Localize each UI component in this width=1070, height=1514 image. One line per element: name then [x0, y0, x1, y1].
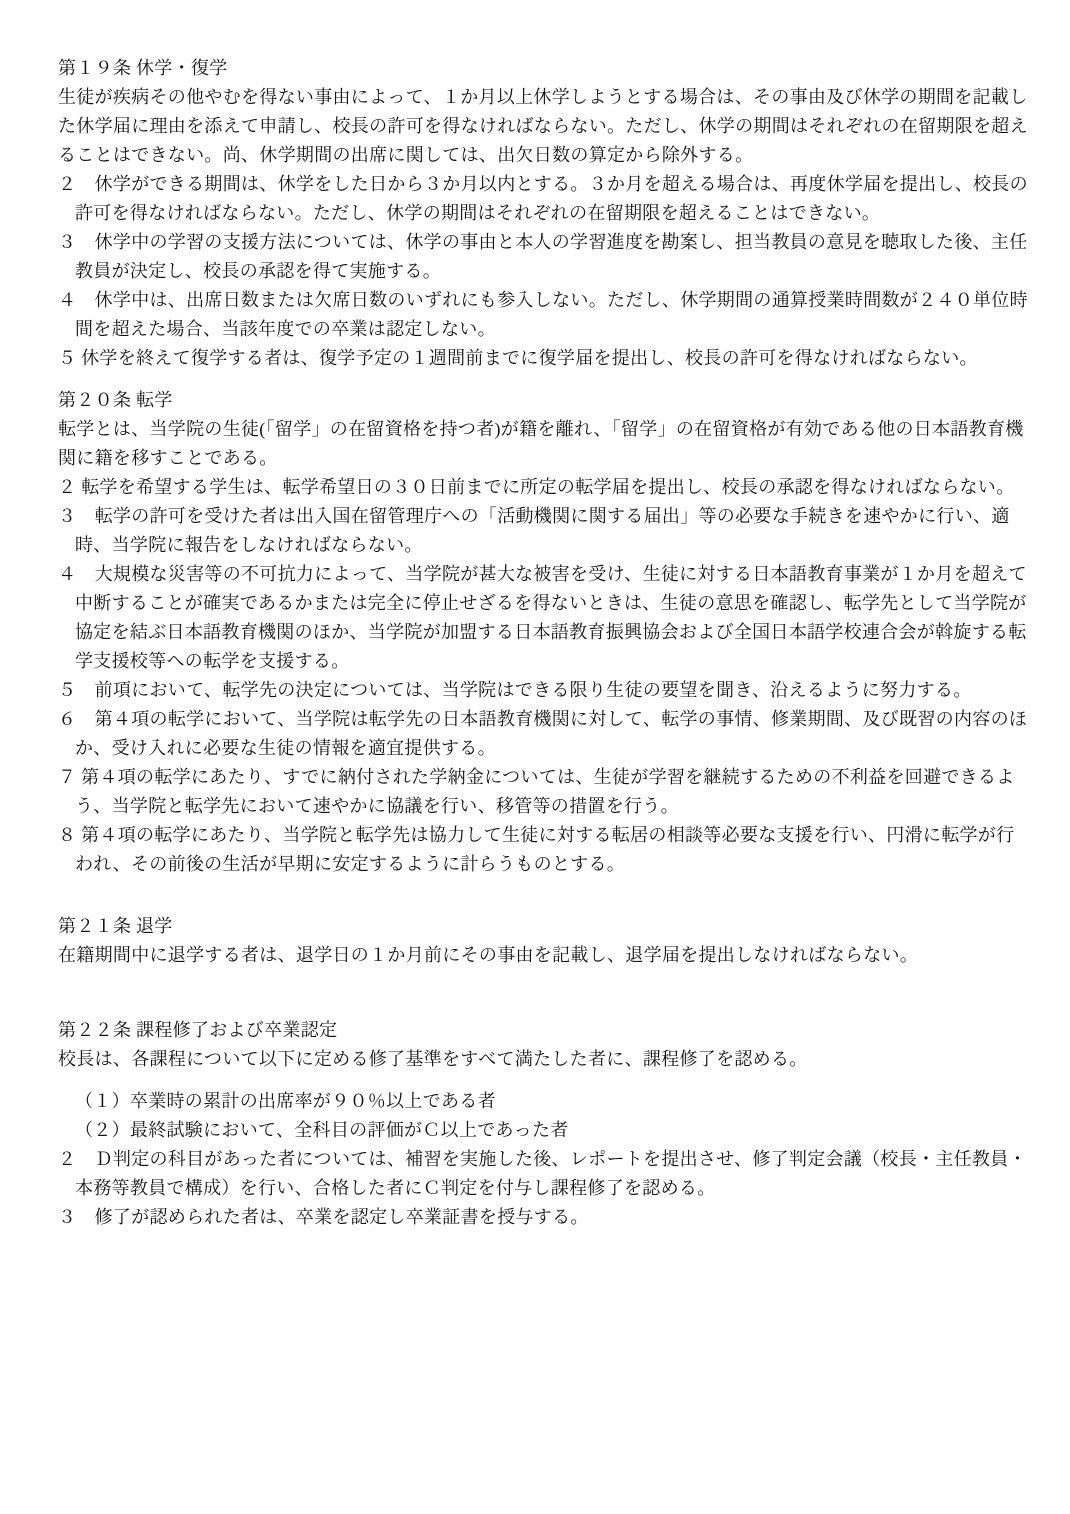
article-22-item-3: ３ 修了が認められた者は、卒業を認定し卒業証書を授与する。: [58, 1203, 1032, 1232]
article-22-section: 第２２条 課程修了および卒業認定 校長は、各課程について以下に定める修了基準をす…: [58, 1016, 1032, 1232]
article-20-item-8: ８ 第４項の転学にあたり、当学院と転学先は協力して生徒に対する転居の相談等必要な…: [58, 821, 1032, 879]
article-20-body: 転学とは、当学院の生徒(「留学」の在留資格を持つ者)が籍を離れ、「留学」の在留資…: [58, 415, 1032, 473]
article-20-heading: 第２０条 転学: [58, 386, 1032, 415]
article-19-heading: 第１９条 休学・復学: [58, 54, 1032, 83]
article-19-section: 第１９条 休学・復学 生徒が疾病その他やむを得ない事由によって、１か月以上休学し…: [58, 54, 1032, 373]
article-19-item-5: ５ 休学を終えて復学する者は、復学予定の１週間前までに復学届を提出し、校長の許可…: [58, 344, 1032, 373]
article-22-heading: 第２２条 課程修了および卒業認定: [58, 1016, 1032, 1045]
article-21-section: 第２１条 退学 在籍期間中に退学する者は、退学日の１か月前にその事由を記載し、退…: [58, 912, 1032, 970]
document-page: 第１９条 休学・復学 生徒が疾病その他やむを得ない事由によって、１か月以上休学し…: [0, 0, 1070, 1514]
article-20-item-5: ５ 前項において、転学先の決定については、当学院はできる限り生徒の要望を聞き、沿…: [58, 676, 1032, 705]
article-20-item-6: ６ 第４項の転学において、当学院は転学先の日本語教育機関に対して、転学の事情、修…: [58, 705, 1032, 763]
article-22-item-2: ２ Ｄ判定の科目があった者については、補習を実施した後、レポートを提出させ、修了…: [58, 1145, 1032, 1203]
article-20-item-7: ７ 第４項の転学にあたり、すでに納付された学納金については、生徒が学習を継続する…: [58, 763, 1032, 821]
completion-criterion-1: （１）卒業時の累計の出席率が９０％以上である者: [75, 1087, 1032, 1116]
article-22-body: 校長は、各課程について以下に定める修了基準をすべて満たした者に、課程修了を認める…: [58, 1045, 1032, 1074]
article-20-section: 第２０条 転学 転学とは、当学院の生徒(「留学」の在留資格を持つ者)が籍を離れ、…: [58, 386, 1032, 879]
completion-criterion-2: （２）最終試験において、全科目の評価がＣ以上であった者: [75, 1116, 1032, 1145]
article-19-item-4: ４ 休学中は、出席日数または欠席日数のいずれにも参入しない。ただし、休学期間の通…: [58, 286, 1032, 344]
completion-criteria-list: （１）卒業時の累計の出席率が９０％以上である者 （２）最終試験において、全科目の…: [58, 1087, 1032, 1145]
article-19-item-2: ２ 休学ができる期間は、休学をした日から３か月以内とする。３か月を超える場合は、…: [58, 170, 1032, 228]
article-20-item-2: ２ 転学を希望する学生は、転学希望日の３０日前までに所定の転学届を提出し、校長の…: [58, 473, 1032, 502]
article-21-body: 在籍期間中に退学する者は、退学日の１か月前にその事由を記載し、退学届を提出しなけ…: [58, 941, 1032, 970]
article-21-heading: 第２１条 退学: [58, 912, 1032, 941]
article-20-item-3: ３ 転学の許可を受けた者は出入国在留管理庁への「活動機関に関する届出」等の必要な…: [58, 502, 1032, 560]
article-20-item-4: ４ 大規模な災害等の不可抗力によって、当学院が甚大な被害を受け、生徒に対する日本…: [58, 560, 1032, 676]
article-19-body: 生徒が疾病その他やむを得ない事由によって、１か月以上休学しようとする場合は、その…: [58, 83, 1032, 170]
article-19-item-3: ３ 休学中の学習の支援方法については、休学の事由と本人の学習進度を勘案し、担当教…: [58, 228, 1032, 286]
